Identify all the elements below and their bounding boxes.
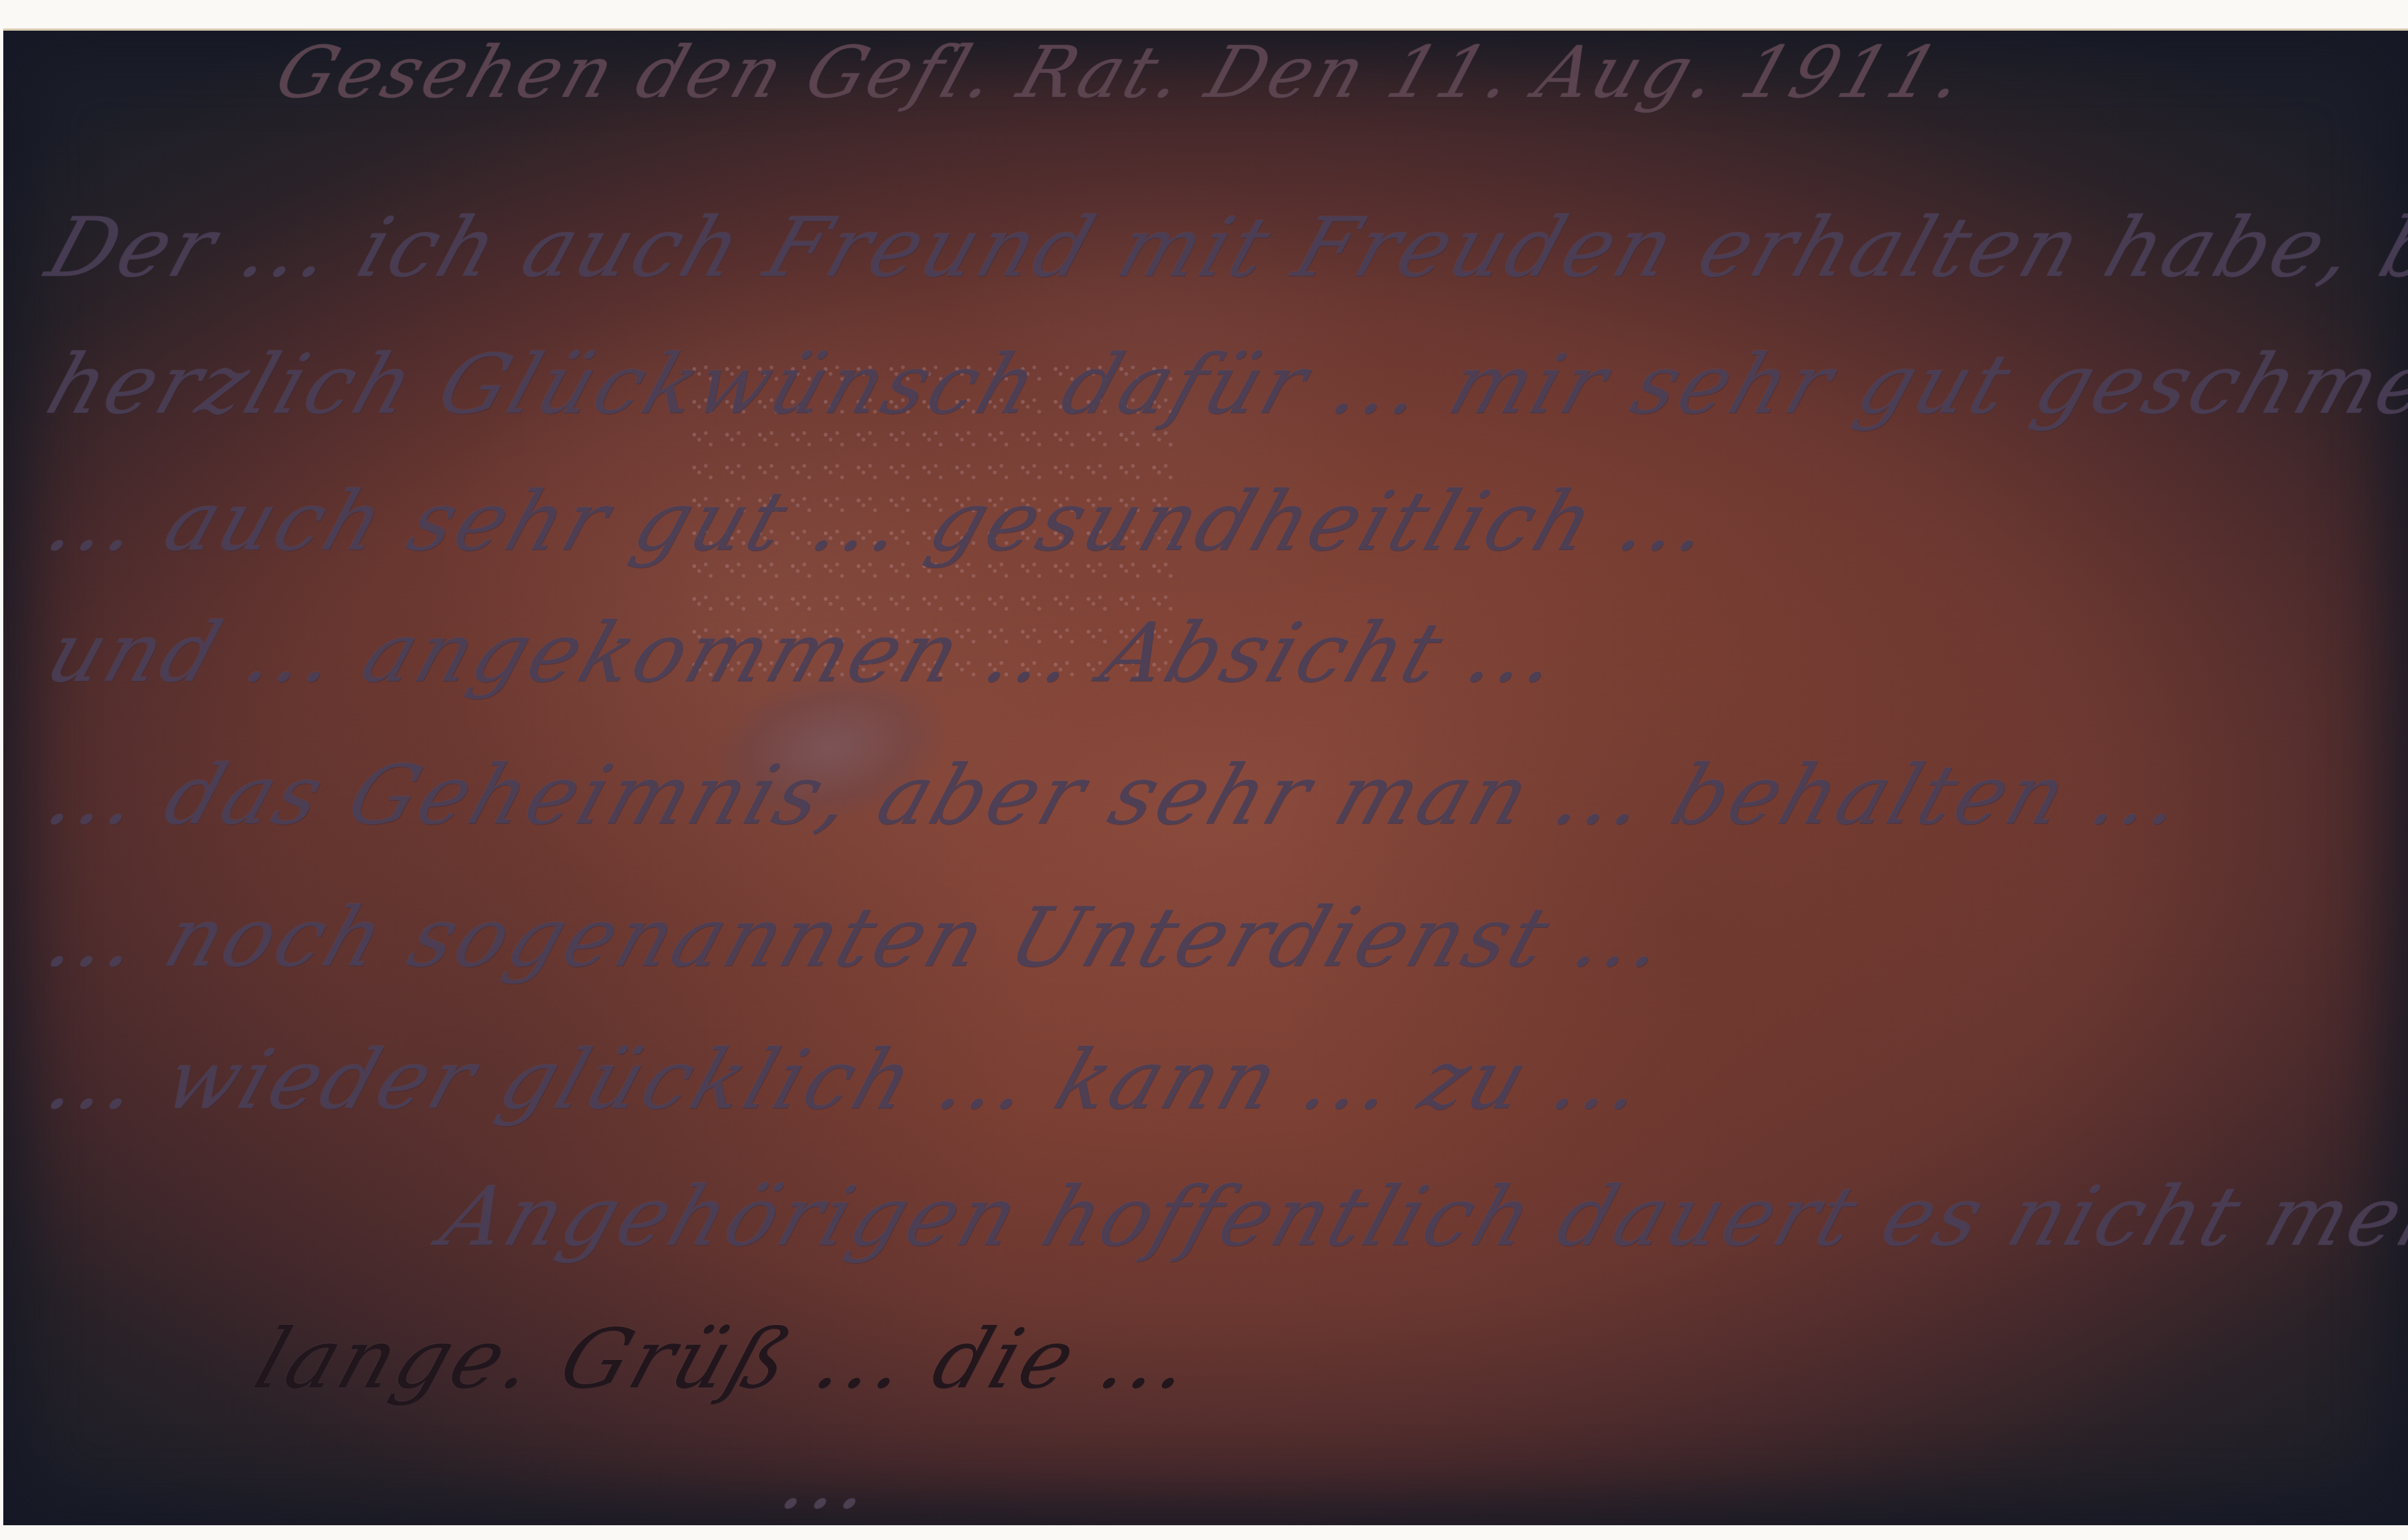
letter-line: und ... angekommen ... Absicht ... xyxy=(36,605,1574,701)
scan-page: Gesehen den Gefl. Rat. Den 11. Aug. 1911… xyxy=(0,0,2408,1540)
letter-line: ... noch sogenannten Unterdienst ... xyxy=(36,890,1681,985)
letter-line: ... das Geheimnis, aber sehr man ... beh… xyxy=(36,748,2199,843)
letter-line: ... auch sehr gut ... gesundheitlich ... xyxy=(36,474,1726,569)
letter-header: Gesehen den Gefl. Rat. Den 11. Aug. 1911… xyxy=(266,31,1978,114)
letter-line: Der ... ich auch Freund mit Freuden erha… xyxy=(36,200,2408,296)
letter-line: ... wieder glücklich ... kann ... zu ... xyxy=(36,1033,1660,1128)
letter-plate: Gesehen den Gefl. Rat. Den 11. Aug. 1911… xyxy=(3,28,2408,1525)
letter-line: lange. Grüß ... die ... xyxy=(244,1312,1207,1407)
letter-line: Angehörigen hoffentlich dauert es nicht … xyxy=(430,1169,2408,1265)
letter-line: herzlich Glückwünsch dafür ... mir sehr … xyxy=(36,337,2408,432)
handwritten-letter: Gesehen den Gefl. Rat. Den 11. Aug. 1911… xyxy=(3,31,2408,1525)
letter-line: ... xyxy=(770,1432,889,1525)
